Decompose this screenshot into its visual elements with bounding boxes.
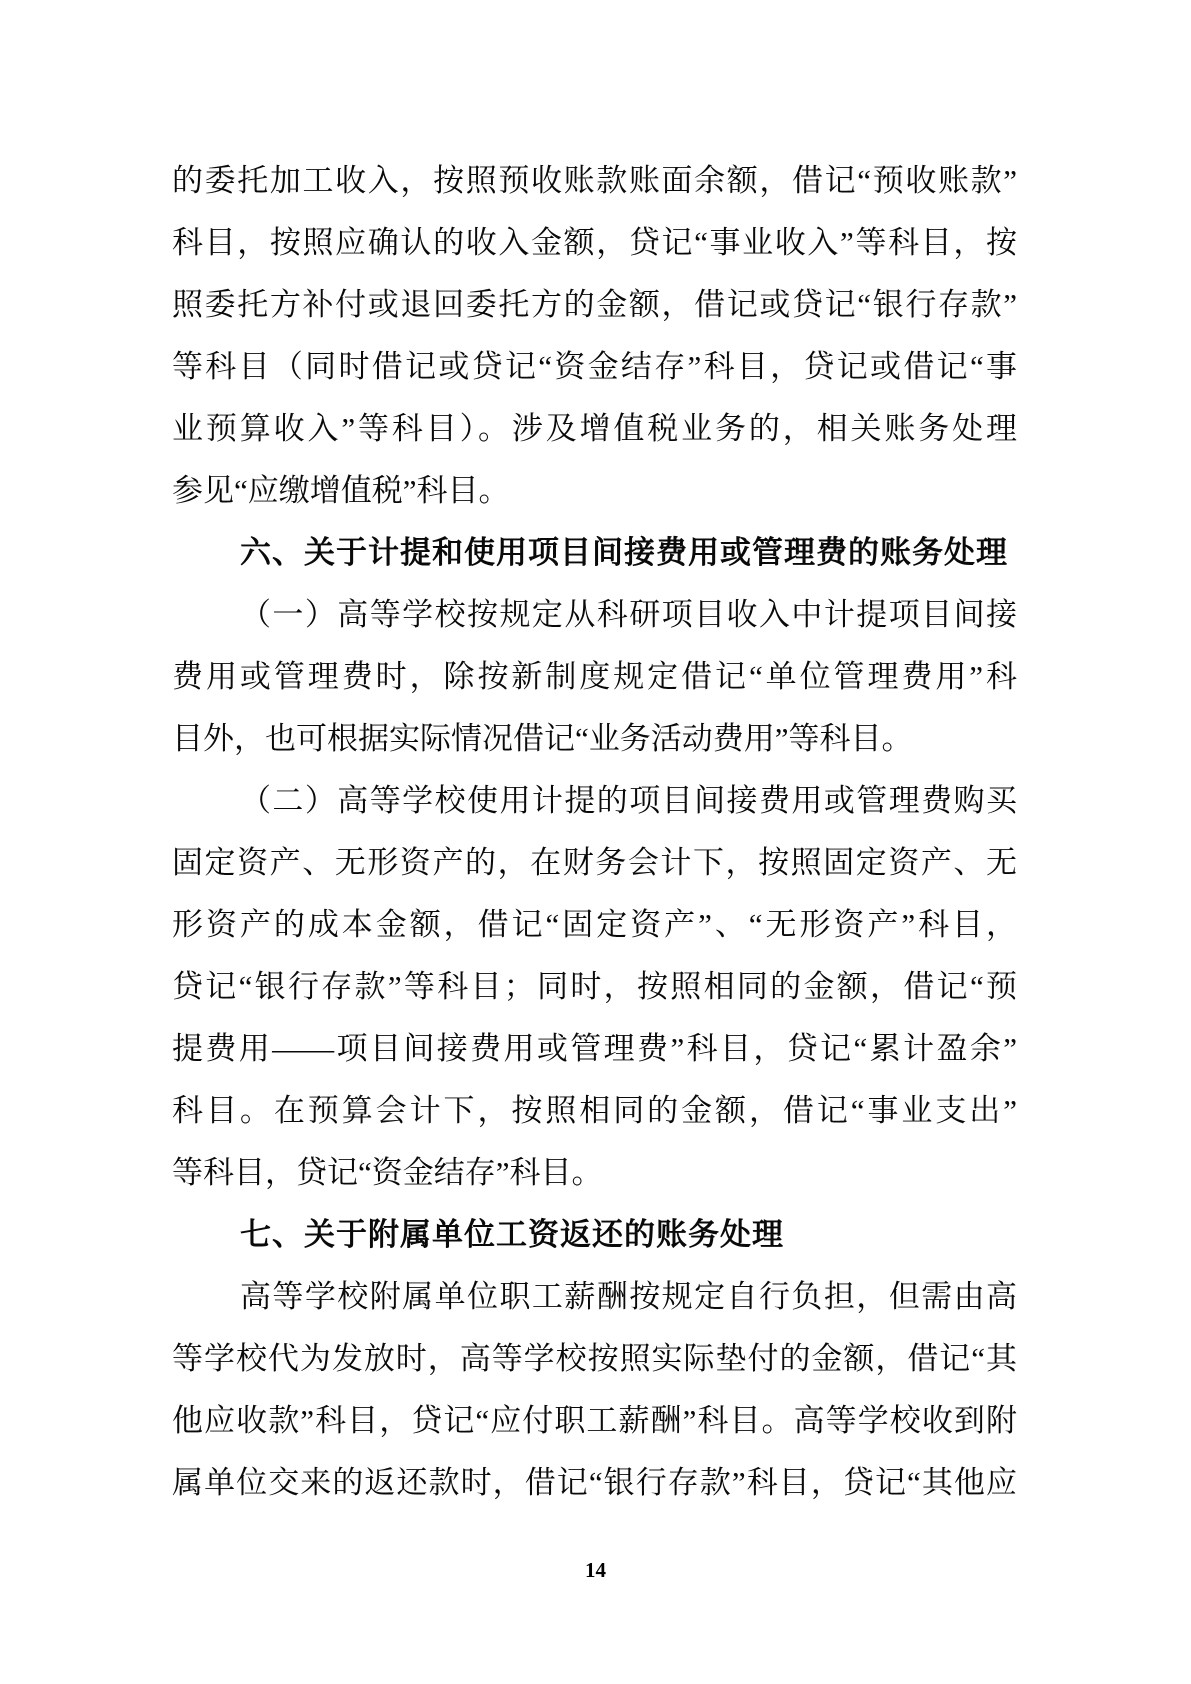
text-line: 科目，按照应确认的收入金额，贷记“事业收入”等科目，按: [172, 212, 1017, 274]
text-line: 费用或管理费时，除按新制度规定借记“单位管理费用”科: [172, 646, 1017, 708]
text-line: 等学校代为发放时，高等学校按照实际垫付的金额，借记“其: [172, 1328, 1017, 1390]
text-line: 形资产的成本金额，借记“固定资产”、“无形资产”科目，: [172, 894, 1017, 956]
text-line: 高等学校附属单位职工薪酬按规定自行负担，但需由高: [172, 1266, 1017, 1328]
text-line: 照委托方补付或退回委托方的金额，借记或贷记“银行存款”: [172, 274, 1017, 336]
text-line: 提费用——项目间接费用或管理费”科目，贷记“累计盈余”: [172, 1018, 1017, 1080]
text-line: 参见“应缴增值税”科目。: [172, 460, 1017, 522]
text-line: 贷记“银行存款”等科目；同时，按照相同的金额，借记“预: [172, 956, 1017, 1018]
text-line: 等科目（同时借记或贷记“资金结存”科目，贷记或借记“事: [172, 336, 1017, 398]
text-line: 等科目，贷记“资金结存”科目。: [172, 1142, 1017, 1204]
section-heading-7: 七、关于附属单位工资返还的账务处理: [172, 1204, 1017, 1266]
page-number: 14: [0, 1558, 1191, 1583]
section-heading-6: 六、关于计提和使用项目间接费用或管理费的账务处理: [172, 522, 1017, 584]
text-line: 他应收款”科目，贷记“应付职工薪酬”科目。高等学校收到附: [172, 1390, 1017, 1452]
text-line: 目外，也可根据实际情况借记“业务活动费用”等科目。: [172, 708, 1017, 770]
text-line: 固定资产、无形资产的，在财务会计下，按照固定资产、无: [172, 832, 1017, 894]
text-line: 属单位交来的返还款时，借记“银行存款”科目，贷记“其他应: [172, 1452, 1017, 1514]
document-page: 的委托加工收入，按照预收账款账面余额，借记“预收账款” 科目，按照应确认的收入金…: [0, 0, 1191, 1684]
text-line: （二）高等学校使用计提的项目间接费用或管理费购买: [172, 770, 1017, 832]
text-line: 科目。在预算会计下，按照相同的金额，借记“事业支出”: [172, 1080, 1017, 1142]
text-line: 的委托加工收入，按照预收账款账面余额，借记“预收账款”: [172, 150, 1017, 212]
text-block: 的委托加工收入，按照预收账款账面余额，借记“预收账款” 科目，按照应确认的收入金…: [172, 150, 1017, 1514]
text-line: 业预算收入”等科目）。涉及增值税业务的，相关账务处理: [172, 398, 1017, 460]
text-line: （一）高等学校按规定从科研项目收入中计提项目间接: [172, 584, 1017, 646]
